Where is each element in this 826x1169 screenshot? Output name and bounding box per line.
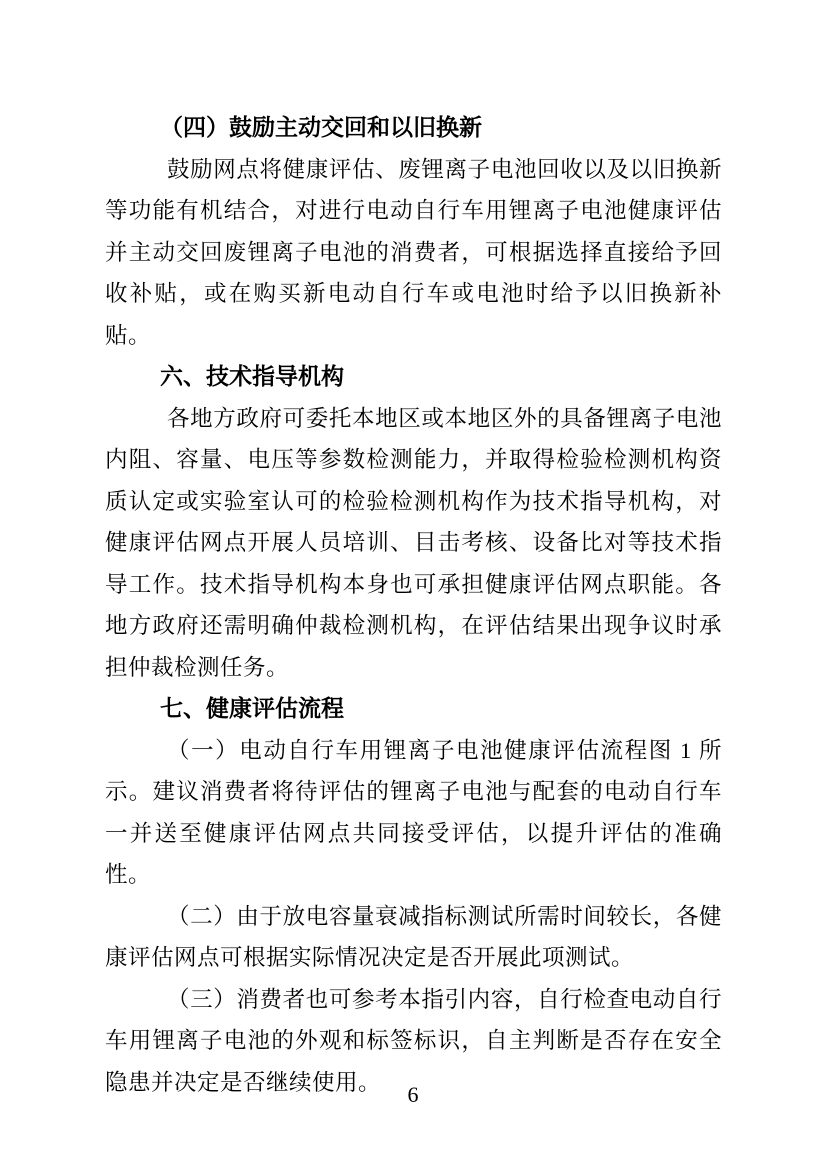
paragraph-evaluation-process-item-2: （二）由于放电容量衰减指标测试所需时间较长，各健康评估网点可根据实际情况决定是否…	[105, 896, 722, 979]
section-heading-technical-guidance: 六、技术指导机构	[105, 356, 722, 398]
paragraph-encourage-return-body: 鼓励网点将健康评估、废锂离子电池回收以及以旧换新等功能有机结合，对进行电动自行车…	[105, 149, 722, 357]
section-heading-encourage-return: （四）鼓励主动交回和以旧换新	[105, 107, 722, 149]
document-page: （四）鼓励主动交回和以旧换新 鼓励网点将健康评估、废锂离子电池回收以及以旧换新等…	[0, 0, 826, 1169]
paragraph-evaluation-process-item-1: （一）电动自行车用锂离子电池健康评估流程图 1 所示。建议消费者将待评估的锂离子…	[105, 730, 722, 896]
paragraph-technical-guidance-body: 各地方政府可委托本地区或本地区外的具备锂离子电池内阻、容量、电压等参数检测能力，…	[105, 398, 722, 689]
page-number: 6	[0, 1080, 826, 1110]
document-body: （四）鼓励主动交回和以旧换新 鼓励网点将健康评估、废锂离子电池回收以及以旧换新等…	[105, 107, 722, 1103]
section-heading-evaluation-process: 七、健康评估流程	[105, 688, 722, 730]
